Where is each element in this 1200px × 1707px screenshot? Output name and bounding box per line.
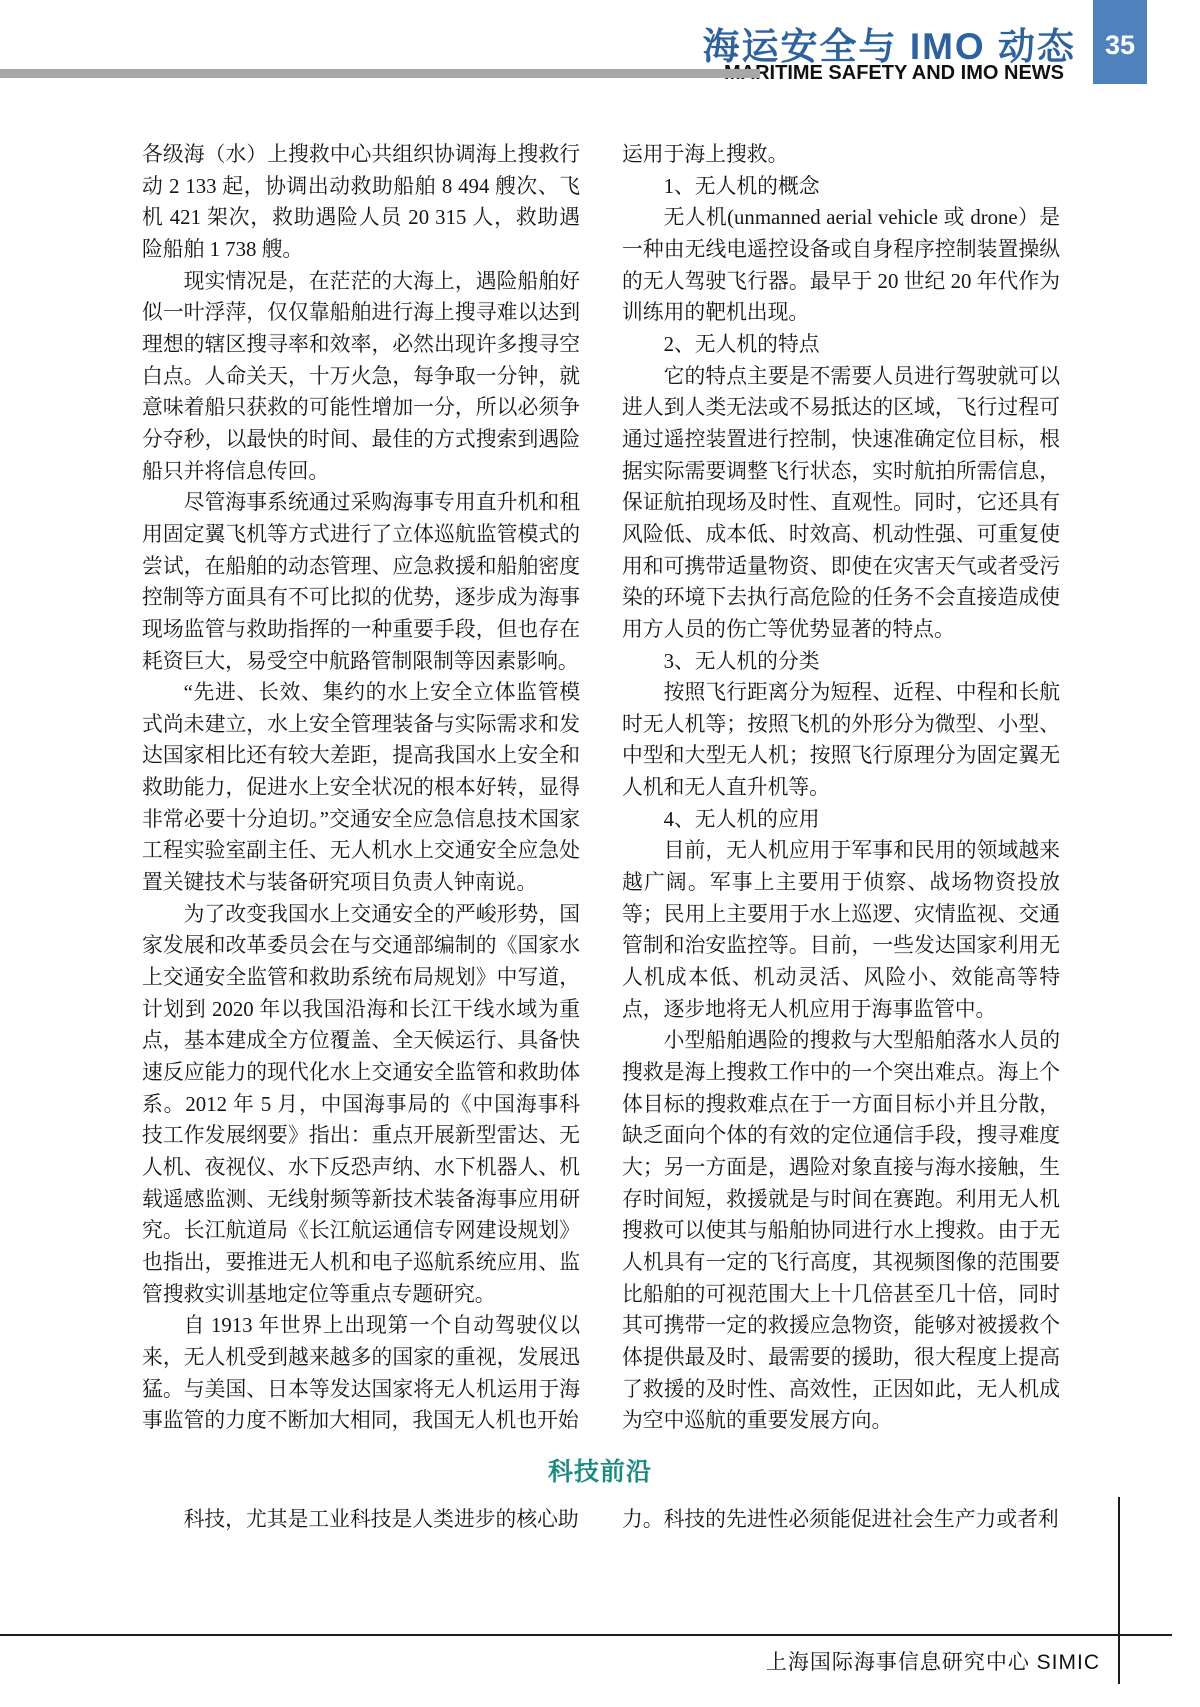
paragraph: 力。科技的先进性必须能促进社会生产力或者利 bbox=[622, 1504, 1060, 1536]
paragraph: 为了改变我国水上交通安全的严峻形势，国家发展和改革委员会在与交通部编制的《国家水… bbox=[142, 899, 580, 1311]
page-title-english: MARITIME SAFETY AND IMO NEWS bbox=[724, 62, 1064, 85]
paragraph: 各级海（水）上搜救中心共组织协调海上搜救行动 2 133 起，协调出动救助船舶 … bbox=[142, 139, 580, 266]
paragraph: 2、无人机的特点 bbox=[622, 329, 1060, 361]
paragraph: 现实情况是，在茫茫的大海上，遇险船舶好似一叶浮萍，仅仅靠船舶进行海上搜寻难以达到… bbox=[142, 266, 580, 488]
paragraph: 运用于海上搜救。 bbox=[622, 139, 1060, 171]
paragraph: 它的特点主要是不需要人员进行驾驶就可以进人到人类无法或不易抵达的区域，飞行过程可… bbox=[622, 361, 1060, 646]
paragraph: “先进、长效、集约的水上安全立体监管模式尚未建立，水上安全管理装备与实际需求和发… bbox=[142, 677, 580, 899]
paragraph: 无人机(unmanned aerial vehicle 或 drone）是一种由… bbox=[622, 202, 1060, 329]
page-number: 35 bbox=[1105, 30, 1135, 61]
article-left-column: 各级海（水）上搜救中心共组织协调海上搜救行动 2 133 起，协调出动救助船舶 … bbox=[142, 139, 580, 1437]
paragraph: 尽管海事系统通过采购海事专用直升机和租用固定翼飞机等方式进行了立体巡航监管模式的… bbox=[142, 487, 580, 677]
paragraph: 自 1913 年世界上出现第一个自动驾驶仪以来，无人机受到越来越多的国家的重视，… bbox=[142, 1310, 580, 1437]
page-edge-rule bbox=[1118, 1497, 1120, 1684]
paragraph: 4、无人机的应用 bbox=[622, 804, 1060, 836]
page-number-badge: 35 bbox=[1093, 0, 1147, 84]
section-heading: 科技前沿 bbox=[0, 1452, 1200, 1488]
paragraph: 科技，尤其是工业科技是人类进步的核心助 bbox=[142, 1504, 580, 1536]
next-section-right-column: 力。科技的先进性必须能促进社会生产力或者利 bbox=[622, 1504, 1060, 1536]
next-section-left-column: 科技，尤其是工业科技是人类进步的核心助 bbox=[142, 1504, 580, 1536]
paragraph: 按照飞行距离分为短程、近程、中程和长航时无人机等；按照飞机的外形分为微型、小型、… bbox=[622, 677, 1060, 804]
magazine-page: 海运安全与 IMO 动态 MARITIME SAFETY AND IMO NEW… bbox=[0, 0, 1200, 1707]
paragraph: 3、无人机的分类 bbox=[622, 646, 1060, 678]
publisher-name: 上海国际海事信息研究中心 SIMIC bbox=[766, 1646, 1100, 1676]
footer-rule bbox=[0, 1634, 1172, 1636]
paragraph: 小型船舶遇险的搜救与大型船舶落水人员的搜救是海上搜救工作中的一个突出难点。海上个… bbox=[622, 1025, 1060, 1437]
header-rule-bar bbox=[0, 69, 760, 78]
paragraph: 目前，无人机应用于军事和民用的领域越来越广阔。军事上主要用于侦察、战场物资投放等… bbox=[622, 835, 1060, 1025]
article-right-column: 运用于海上搜救。1、无人机的概念无人机(unmanned aerial vehi… bbox=[622, 139, 1060, 1437]
paragraph: 1、无人机的概念 bbox=[622, 171, 1060, 203]
